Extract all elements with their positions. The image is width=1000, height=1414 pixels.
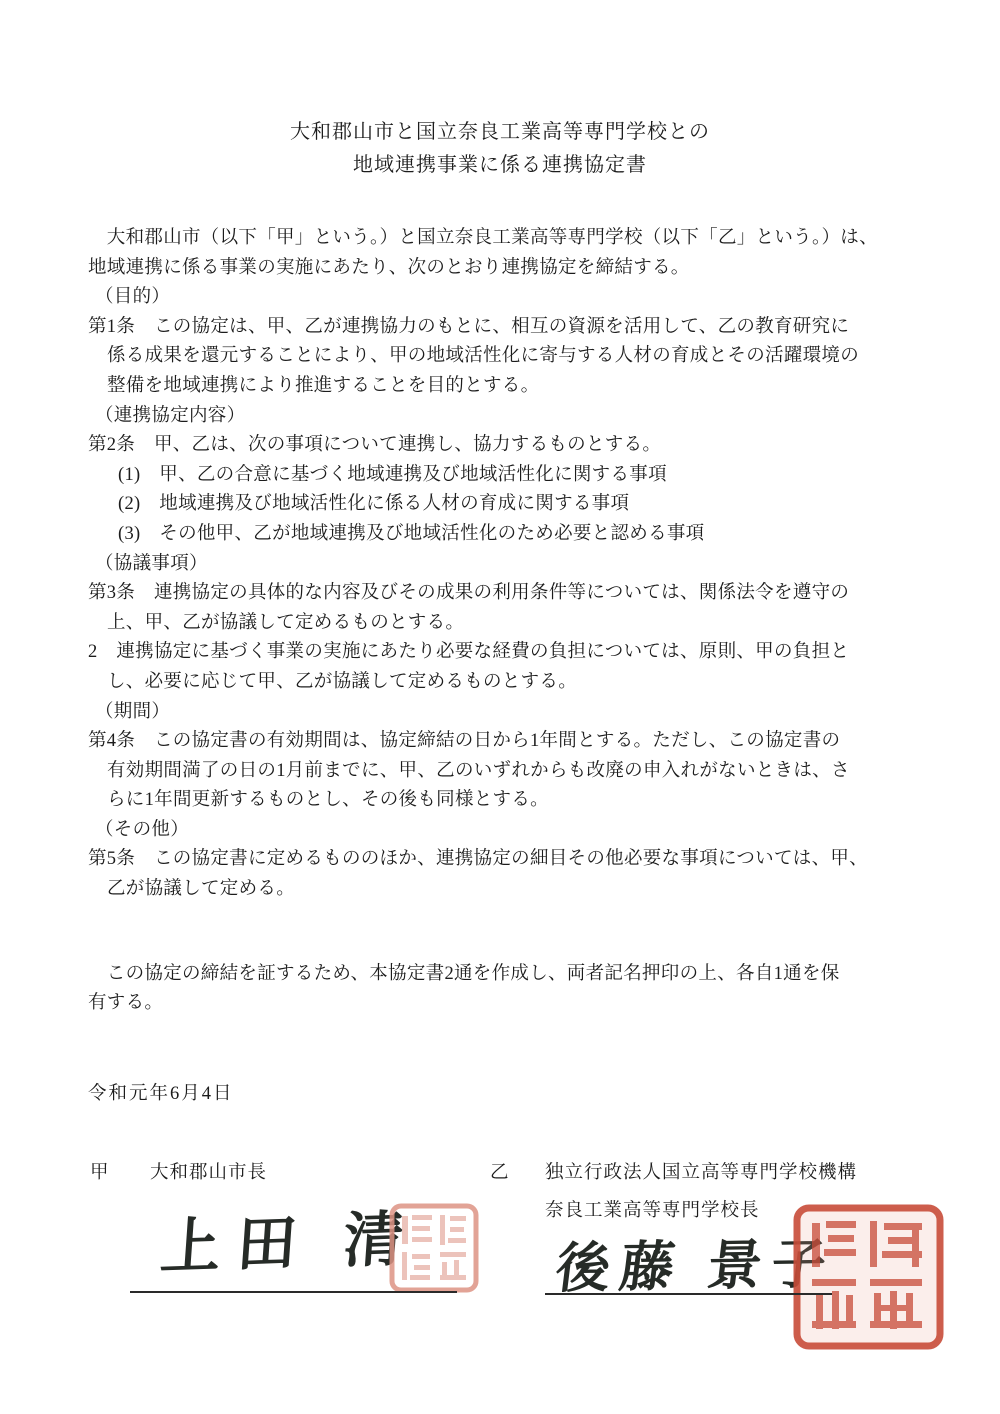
closing-statement-line: 有する。: [88, 989, 914, 1019]
article-2-item-2: (2) 地域連携及び地域活性化に係る人材の育成に関する事項: [88, 490, 914, 520]
article-2-item-3: (3) その他甲、乙が地域連携及び地域活性化のため必要と認める事項: [88, 520, 914, 550]
otsu-red-seal-stamp: [792, 1203, 945, 1351]
article-3-line: 上、甲、乙が協議して定めるものとする。: [88, 609, 914, 639]
party-otsu-org-line1: 独立行政法人国立高等専門学校機構: [545, 1158, 857, 1184]
document-line: 地域連携に係る事業の実施にあたり、次のとおり連携協定を締結する。: [88, 254, 914, 284]
section-heading-purpose: （目的）: [88, 283, 914, 313]
otsu-signature-line: [545, 1293, 832, 1295]
party-otsu-org-line2: 奈良工業高等専門学校長: [545, 1196, 760, 1222]
ko-signature-line: [130, 1291, 457, 1293]
article-5-line: 第5条 この協定書に定めるもののほか、連携協定の細目その他必要な事項については、…: [88, 845, 914, 875]
party-ko-label: 甲: [90, 1158, 109, 1184]
article-4-line: らに1年間更新するものとし、その後も同様とする。: [88, 786, 914, 816]
article-3-clause-2-line: し、必要に応じて甲、乙が協議して定めるものとする。: [88, 668, 914, 698]
signature-section: 甲 大和郡山市長 上田 清: [0, 1150, 1000, 1414]
spacer: [88, 905, 914, 960]
document-title-line1: 大和郡山市と国立奈良工業高等専門学校との: [0, 116, 1000, 149]
document-line: 大和郡山市（以下「甲」という。）と国立奈良工業高等専門学校（以下「乙」という。）…: [88, 224, 914, 254]
party-otsu-label: 乙: [490, 1158, 509, 1184]
article-3-line: 第3条 連携協定の具体的な内容及びその成果の利用条件等については、関係法令を遵守…: [88, 579, 914, 609]
article-1-line: 整備を地域連携により推進することを目的とする。: [88, 372, 914, 402]
section-heading-others: （その他）: [88, 816, 914, 846]
closing-statement-line: この協定の締結を証するため、本協定書2通を作成し、両者記名押印の上、各自1通を保: [88, 960, 914, 990]
article-2-line: 第2条 甲、乙は、次の事項について連携し、協力するものとする。: [88, 431, 914, 461]
article-5-line: 乙が協議して定める。: [88, 875, 914, 905]
article-2-item-1: (1) 甲、乙の合意に基づく地域連携及び地域活性化に関する事項: [88, 461, 914, 491]
article-1-line: 係る成果を還元することにより、甲の地域活性化に寄与する人材の育成とその活躍環境の: [88, 342, 914, 372]
article-1-line: 第1条 この協定は、甲、乙が連携協力のもとに、相互の資源を活用して、乙の教育研究…: [88, 313, 914, 343]
section-heading-consultation: （協議事項）: [88, 550, 914, 580]
spacer: [0, 1019, 1000, 1079]
document-body: 大和郡山市（以下「甲」という。）と国立奈良工業高等専門学校（以下「乙」という。）…: [0, 182, 1000, 1019]
article-4-line: 有効期間満了の日の1月前までに、甲、乙のいずれからも改廃の申入れがないときは、さ: [88, 757, 914, 787]
agreement-document-page: 大和郡山市と国立奈良工業高等専門学校との 地域連携事業に係る連携協定書 大和郡山…: [0, 0, 1000, 1414]
section-heading-contents: （連携協定内容）: [88, 402, 914, 432]
article-4-line: 第4条 この協定書の有効期間は、協定締結の日から1年間とする。ただし、この協定書…: [88, 727, 914, 757]
ko-handwritten-signature: 上田 清: [158, 1191, 423, 1286]
party-ko-title: 大和郡山市長: [150, 1158, 267, 1184]
agreement-date: 令和元年6月4日: [0, 1079, 1000, 1105]
ko-red-seal-stamp: [388, 1202, 480, 1294]
document-title: 大和郡山市と国立奈良工業高等専門学校との 地域連携事業に係る連携協定書: [0, 0, 1000, 182]
section-heading-term: （期間）: [88, 698, 914, 728]
document-title-line2: 地域連携事業に係る連携協定書: [0, 149, 1000, 182]
article-3-clause-2-line: 2 連携協定に基づく事業の実施にあたり必要な経費の負担については、原則、甲の負担…: [88, 638, 914, 668]
